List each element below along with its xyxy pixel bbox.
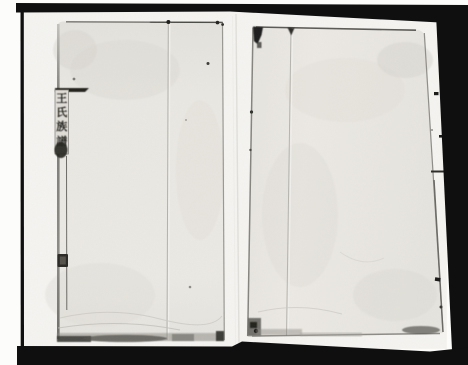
paper-grain-texture bbox=[24, 12, 446, 348]
dust-speck bbox=[439, 135, 442, 138]
scanner-background-left-line bbox=[21, 12, 25, 349]
dust-speck bbox=[440, 306, 443, 309]
book-scan-image: 王 氏 族 譜 bbox=[0, 0, 468, 365]
dust-speck bbox=[434, 92, 439, 95]
dust-speck bbox=[435, 277, 441, 281]
scanned-book-spread: 王 氏 族 譜 bbox=[0, 0, 468, 365]
